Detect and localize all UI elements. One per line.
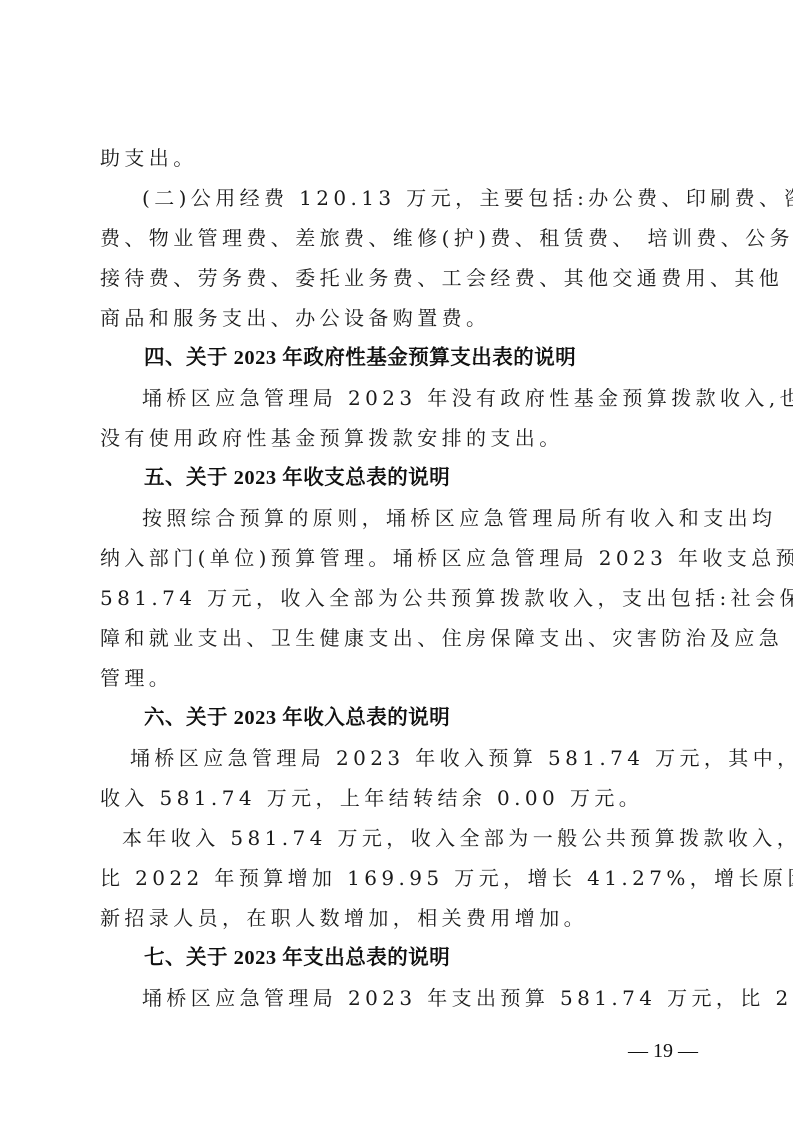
paragraph-line: 费、物业管理费、差旅费、维修(护)费、租赁费、 培训费、公务 xyxy=(100,218,694,258)
paragraph-line: 管理。 xyxy=(100,658,694,698)
paragraph-line: 商品和服务支出、办公设备购置费。 xyxy=(100,298,694,338)
paragraph-line: 比 2022 年预算增加 169.95 万元，增长 41.27%，增长原因主要是 xyxy=(100,858,694,898)
section-heading-6: 六、关于 2023 年收入总表的说明 xyxy=(100,698,738,738)
paragraph-line: 接待费、劳务费、委托业务费、工会经费、其他交通费用、其他 xyxy=(100,258,694,298)
paragraph-line: 按照综合预算的原则，埇桥区应急管理局所有收入和支出均 xyxy=(100,498,694,538)
section-heading-4: 四、关于 2023 年政府性基金预算支出表的说明 xyxy=(100,338,738,378)
paragraph-line: 没有使用政府性基金预算拨款安排的支出。 xyxy=(100,418,694,458)
paragraph-line: 收入 581.74 万元，上年结转结余 0.00 万元。 xyxy=(100,778,694,818)
paragraph-line: 埇桥区应急管理局 2023 年没有政府性基金预算拨款收入,也 xyxy=(100,378,694,418)
section-heading-7: 七、关于 2023 年支出总表的说明 xyxy=(100,938,738,978)
paragraph-line: 纳入部门(单位)预算管理。埇桥区应急管理局 2023 年收支总预算 xyxy=(100,538,694,578)
paragraph-line: 助支出。 xyxy=(100,138,694,178)
paragraph-line: 埇桥区应急管理局 2023 年收入预算 581.74 万元，其中，本年 xyxy=(100,738,694,778)
paragraph-line: 新招录人员，在职人数增加，相关费用增加。 xyxy=(100,898,694,938)
paragraph-line: 本年收入 581.74 万元，收入全部为一般公共预算拨款收入， xyxy=(100,818,694,858)
paragraph-line: 埇桥区应急管理局 2023 年支出预算 581.74 万元，比 2022 xyxy=(100,978,694,1018)
paragraph-line: 障和就业支出、卫生健康支出、住房保障支出、灾害防治及应急 xyxy=(100,618,694,658)
document-page: 助支出。 (二)公用经费 120.13 万元，主要包括:办公费、印刷费、咨询 费… xyxy=(0,0,793,1122)
page-number: — 19 — xyxy=(628,1040,698,1063)
paragraph-line: (二)公用经费 120.13 万元，主要包括:办公费、印刷费、咨询 xyxy=(100,178,694,218)
paragraph-line: 581.74 万元，收入全部为公共预算拨款收入，支出包括:社会保 xyxy=(100,578,694,618)
section-heading-5: 五、关于 2023 年收支总表的说明 xyxy=(100,458,738,498)
